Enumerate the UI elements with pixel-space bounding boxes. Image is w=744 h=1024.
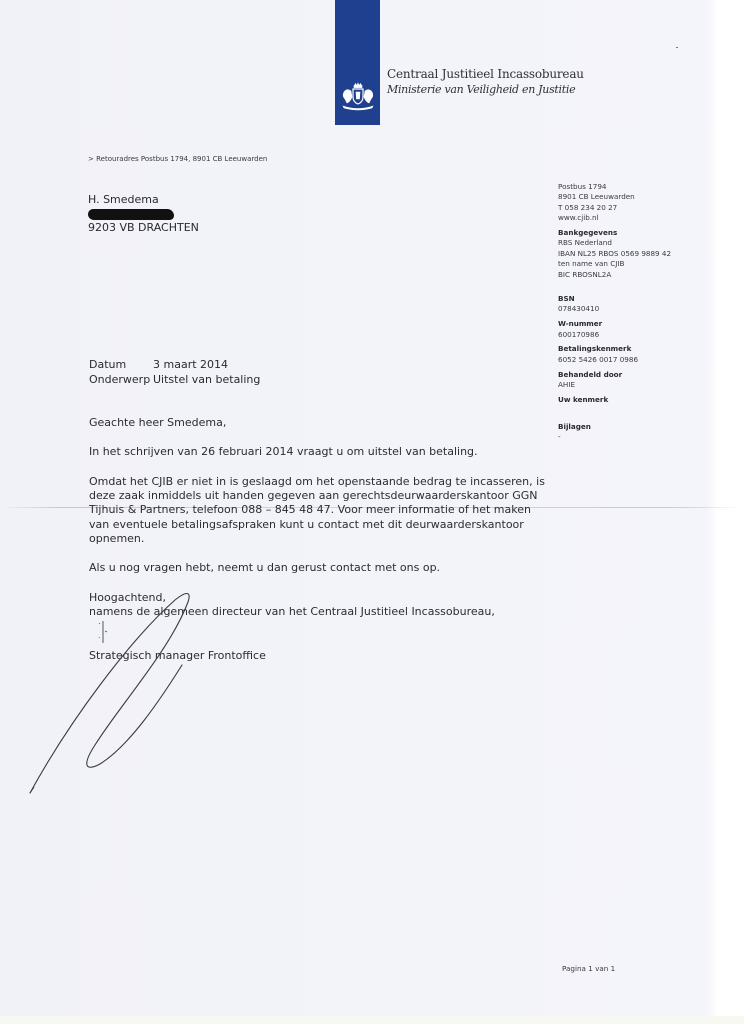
page-number: Pagina 1 van 1	[562, 964, 615, 973]
your-reference-label: Uw kenmerk	[558, 395, 671, 405]
recipient-address: H. Smedema 9203 VB DRACHTEN	[88, 193, 199, 235]
paragraph-2-line: deze zaak inmiddels uit handen gegeven a…	[89, 489, 551, 503]
sender-address-line: Postbus 1794	[558, 182, 671, 192]
body-paragraph-3: Als u nog vragen hebt, neemt u dan gerus…	[89, 561, 440, 575]
organization-name: Centraal Justitieel Incassobureau	[387, 67, 584, 81]
recipient-name: H. Smedema	[88, 193, 199, 207]
signatory-role: Strategisch manager Frontoffice	[89, 649, 266, 662]
closing: Hoogachtend,	[89, 591, 166, 605]
payment-reference-value: 6052 5426 0017 0986	[558, 355, 671, 365]
your-reference-block: Uw kenmerk	[558, 395, 671, 416]
subject-value: Uitstel van betaling	[153, 373, 260, 388]
redaction-mark	[88, 209, 174, 220]
date-row: Datum 3 maart 2014	[89, 358, 260, 373]
bsn-label: BSN	[558, 294, 671, 304]
w-number-label: W-nummer	[558, 319, 671, 329]
initials-mark	[96, 619, 116, 645]
your-reference-value	[558, 405, 671, 415]
bic: BIC RBOSNL2A	[558, 270, 671, 280]
salutation: Geachte heer Smedema,	[89, 416, 226, 430]
bsn-value: 078430410	[558, 304, 671, 314]
sender-phone: T 058 234 20 27	[558, 203, 671, 213]
w-number-block: W-nummer 600170986	[558, 319, 671, 340]
sender-details-column: Postbus 1794 8901 CB Leeuwarden T 058 23…	[558, 182, 671, 442]
return-address: > Retouradres Postbus 1794, 8901 CB Leeu…	[88, 155, 267, 163]
body-paragraph-2: Omdat het CJIB er niet in is geslaagd om…	[89, 475, 551, 546]
subject-row: Onderwerp Uitstel van betaling	[89, 373, 260, 388]
letter-meta: Datum 3 maart 2014 Onderwerp Uitstel van…	[89, 358, 260, 387]
recipient-street-redacted	[88, 207, 199, 221]
body-paragraph-1: In het schrijven van 26 februari 2014 vr…	[89, 445, 478, 459]
closing-on-behalf: namens de algemeen directeur van het Cen…	[89, 605, 495, 619]
letter-page: Centraal Justitieel Incassobureau Minist…	[0, 0, 744, 1024]
ministry-name: Ministerie van Veiligheid en Justitie	[387, 83, 575, 96]
subject-label: Onderwerp	[89, 373, 153, 388]
bank-name: RBS Nederland	[558, 238, 671, 248]
coat-of-arms-icon	[338, 82, 378, 112]
recipient-postal-city: 9203 VB DRACHTEN	[88, 221, 199, 235]
date-value: 3 maart 2014	[153, 358, 228, 373]
sender-address: Postbus 1794 8901 CB Leeuwarden T 058 23…	[558, 182, 671, 224]
bank-details-label: Bankgegevens	[558, 228, 671, 238]
bsn-block: BSN 078430410	[558, 294, 671, 315]
paragraph-2-line: Omdat het CJIB er niet in is geslaagd om…	[89, 475, 551, 489]
paragraph-2-line: opnemen.	[89, 532, 551, 546]
attachments-label: Bijlagen	[558, 422, 671, 432]
sender-website: www.cjib.nl	[558, 213, 671, 223]
paper-speck	[676, 47, 678, 48]
iban: IBAN NL25 RBOS 0569 9889 42	[558, 249, 671, 259]
attachments-value: -	[558, 432, 671, 442]
sender-address-line: 8901 CB Leeuwarden	[558, 192, 671, 202]
account-holder: ten name van CJIB	[558, 259, 671, 269]
w-number-value: 600170986	[558, 330, 671, 340]
date-label: Datum	[89, 358, 153, 373]
payment-reference-label: Betalingskenmerk	[558, 344, 671, 354]
page-bottom-edge	[0, 1016, 744, 1024]
handled-by-label: Behandeld door	[558, 370, 671, 380]
paragraph-2-line: van eventuele betalingsafspraken kunt u …	[89, 518, 551, 532]
payment-reference-block: Betalingskenmerk 6052 5426 0017 0986	[558, 344, 671, 365]
handled-by-block: Behandeld door AHIE	[558, 370, 671, 391]
paragraph-2-line: Tijhuis & Partners, telefoon 088 – 845 4…	[89, 503, 551, 517]
bank-details: Bankgegevens RBS Nederland IBAN NL25 RBO…	[558, 228, 671, 280]
attachments-block: Bijlagen -	[558, 422, 671, 443]
handled-by-value: AHIE	[558, 380, 671, 390]
